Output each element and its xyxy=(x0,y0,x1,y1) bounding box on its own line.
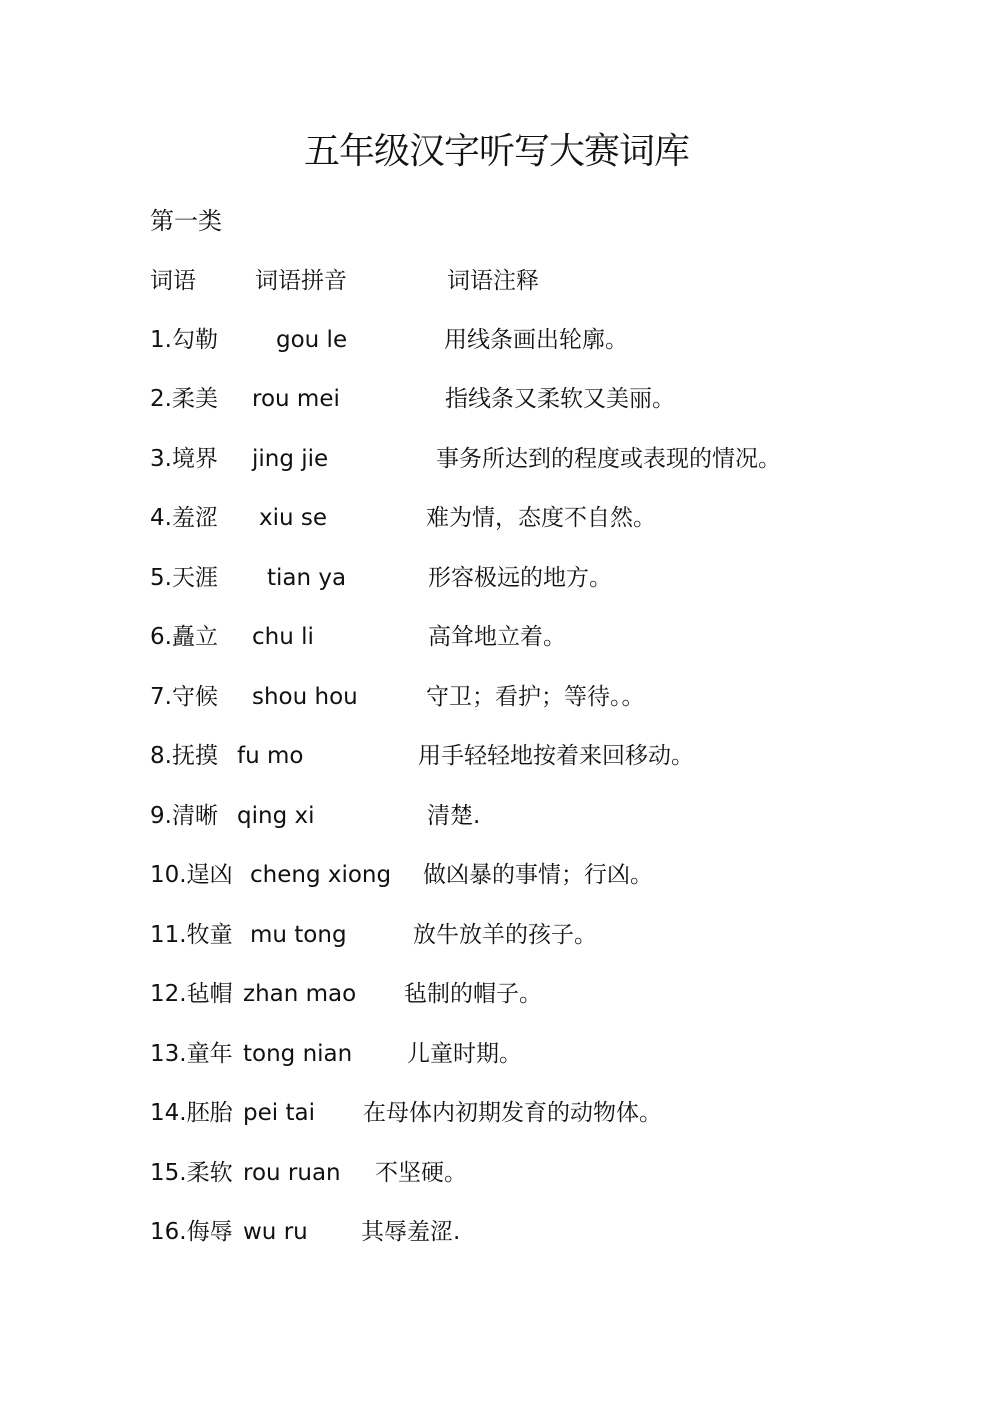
entry-term: 15.柔软 xyxy=(150,1156,233,1190)
entry-definition: 事务所达到的程度或表现的情况。 xyxy=(436,442,781,476)
entry-pinyin: jing jie xyxy=(252,442,328,476)
entry-term: 8.抚摸 xyxy=(150,739,218,773)
document-title: 五年级汉字听写大赛词库 xyxy=(0,128,993,176)
list-item: 15.柔软 rou ruan 不坚硬。 xyxy=(0,1156,993,1190)
entry-term: 5.天涯 xyxy=(150,561,218,595)
entry-definition: 难为情，态度不自然。 xyxy=(426,501,656,535)
entry-pinyin: fu mo xyxy=(237,739,303,773)
entry-term: 16.侮辱 xyxy=(150,1215,233,1249)
entry-definition: 用手轻轻地按着来回移动。 xyxy=(418,739,694,773)
list-item: 16.侮辱 wu ru 其辱羞涩. xyxy=(0,1215,993,1249)
entry-definition: 做凶暴的事情；行凶。 xyxy=(423,858,653,892)
list-item: 12.毡帽 zhan mao 毡制的帽子。 xyxy=(0,977,993,1011)
entry-term: 12.毡帽 xyxy=(150,977,233,1011)
entry-definition: 毡制的帽子。 xyxy=(404,977,542,1011)
list-item: 9.清晰 qing xi 清楚. xyxy=(0,799,993,833)
entry-pinyin: shou hou xyxy=(252,680,358,714)
entry-term: 11.牧童 xyxy=(150,918,233,952)
entry-term: 13.童年 xyxy=(150,1037,233,1071)
entry-term: 2.柔美 xyxy=(150,382,218,416)
entry-term: 4.羞涩 xyxy=(150,501,218,535)
entry-term: 10.逞凶 xyxy=(150,858,233,892)
entry-term: 1.勾勒 xyxy=(150,323,218,357)
entry-definition: 儿童时期。 xyxy=(407,1037,522,1071)
list-item: 3.境界 jing jie 事务所达到的程度或表现的情况。 xyxy=(0,442,993,476)
entry-definition: 高耸地立着。 xyxy=(428,620,566,654)
entry-definition: 守卫；看护；等待。。 xyxy=(426,680,645,714)
entry-pinyin: qing xi xyxy=(237,799,314,833)
entry-pinyin: cheng xiong xyxy=(250,858,391,892)
entry-definition: 在母体内初期发育的动物体。 xyxy=(363,1096,662,1130)
entry-pinyin: gou le xyxy=(276,323,347,357)
entry-pinyin: mu tong xyxy=(250,918,347,952)
entry-term: 3.境界 xyxy=(150,442,218,476)
entry-pinyin: xiu se xyxy=(259,501,327,535)
section-heading: 第一类 xyxy=(150,205,222,237)
header-term: 词语 xyxy=(150,264,196,298)
entry-pinyin: rou ruan xyxy=(243,1156,341,1190)
list-item: 13.童年 tong nian 儿童时期。 xyxy=(0,1037,993,1071)
table-header: 词语 词语拼音 词语注释 xyxy=(0,264,993,298)
entry-pinyin: chu li xyxy=(252,620,314,654)
list-item: 6.矗立 chu li 高耸地立着。 xyxy=(0,620,993,654)
entry-definition: 形容极远的地方。 xyxy=(428,561,612,595)
entry-term: 9.清晰 xyxy=(150,799,218,833)
entry-definition: 指线条又柔软又美丽。 xyxy=(445,382,675,416)
entry-definition: 放牛放羊的孩子。 xyxy=(413,918,597,952)
list-item: 8.抚摸 fu mo 用手轻轻地按着来回移动。 xyxy=(0,739,993,773)
entry-definition: 用线条画出轮廓。 xyxy=(444,323,628,357)
entry-pinyin: tian ya xyxy=(267,561,346,595)
list-item: 11.牧童 mu tong 放牛放羊的孩子。 xyxy=(0,918,993,952)
document-page: 五年级汉字听写大赛词库 第一类 词语 词语拼音 词语注释 1.勾勒 gou le… xyxy=(0,0,993,1404)
entry-definition: 清楚. xyxy=(427,799,480,833)
entry-definition: 其辱羞涩. xyxy=(361,1215,460,1249)
entry-pinyin: zhan mao xyxy=(243,977,356,1011)
list-item: 2.柔美 rou mei 指线条又柔软又美丽。 xyxy=(0,382,993,416)
entry-definition: 不坚硬。 xyxy=(375,1156,467,1190)
entry-term: 14.胚胎 xyxy=(150,1096,233,1130)
entry-pinyin: tong nian xyxy=(243,1037,352,1071)
entry-pinyin: pei tai xyxy=(243,1096,315,1130)
entry-pinyin: rou mei xyxy=(252,382,340,416)
list-item: 1.勾勒 gou le 用线条画出轮廓。 xyxy=(0,323,993,357)
entry-pinyin: wu ru xyxy=(243,1215,308,1249)
entry-term: 7.守候 xyxy=(150,680,218,714)
list-item: 4.羞涩 xiu se 难为情，态度不自然。 xyxy=(0,501,993,535)
list-item: 7.守候 shou hou 守卫；看护；等待。。 xyxy=(0,680,993,714)
list-item: 10.逞凶 cheng xiong 做凶暴的事情；行凶。 xyxy=(0,858,993,892)
header-pinyin: 词语拼音 xyxy=(255,264,347,298)
list-item: 5.天涯 tian ya 形容极远的地方。 xyxy=(0,561,993,595)
header-definition: 词语注释 xyxy=(447,264,539,298)
entry-term: 6.矗立 xyxy=(150,620,218,654)
list-item: 14.胚胎 pei tai 在母体内初期发育的动物体。 xyxy=(0,1096,993,1130)
